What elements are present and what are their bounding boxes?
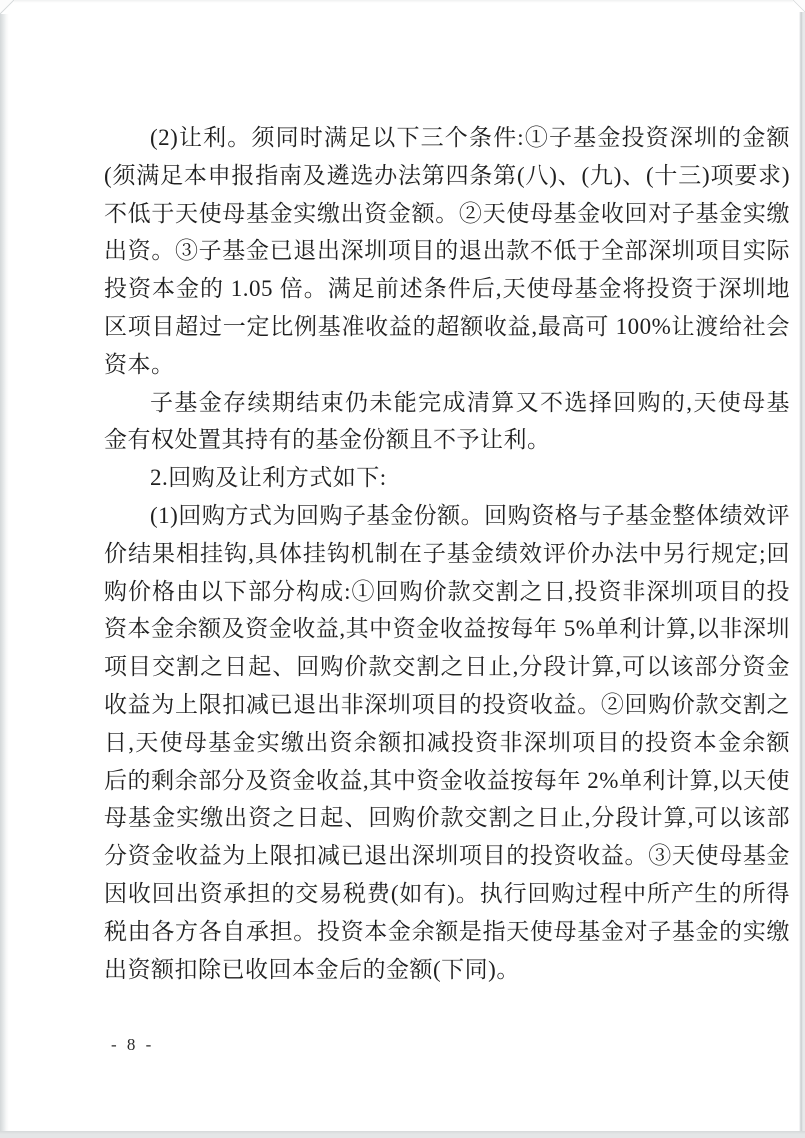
paragraph-buyback-method: (1)回购方式为回购子基金份额。回购资格与子基金整体绩效评价结果相挂钩,具体挂钩… [104,497,790,988]
paragraph-buyback-heading: 2.回购及让利方式如下: [104,459,790,497]
paragraph-rangli-conditions: (2)让利。须同时满足以下三个条件:①子基金投资深圳的金额(须满足本申报指南及遴… [104,119,790,384]
page-number: - 8 - [111,1033,154,1057]
page-edge-right [799,2,805,1138]
document-page: (2)让利。须同时满足以下三个条件:①子基金投资深圳的金额(须满足本申报指南及遴… [0,0,805,1138]
page-body: (2)让利。须同时满足以下三个条件:①子基金投资深圳的金额(须满足本申报指南及遴… [104,119,790,988]
page-edge-bottom [0,1131,805,1138]
paragraph-fund-term-end: 子基金存续期结束仍未能完成清算又不选择回购的,天使母基金有权处置其持有的基金份额… [104,384,790,460]
page-edge-left [0,0,9,1138]
page-corner-top-right [793,0,805,12]
page-edge-top [0,0,805,3]
page-corner-top-left [0,0,14,14]
